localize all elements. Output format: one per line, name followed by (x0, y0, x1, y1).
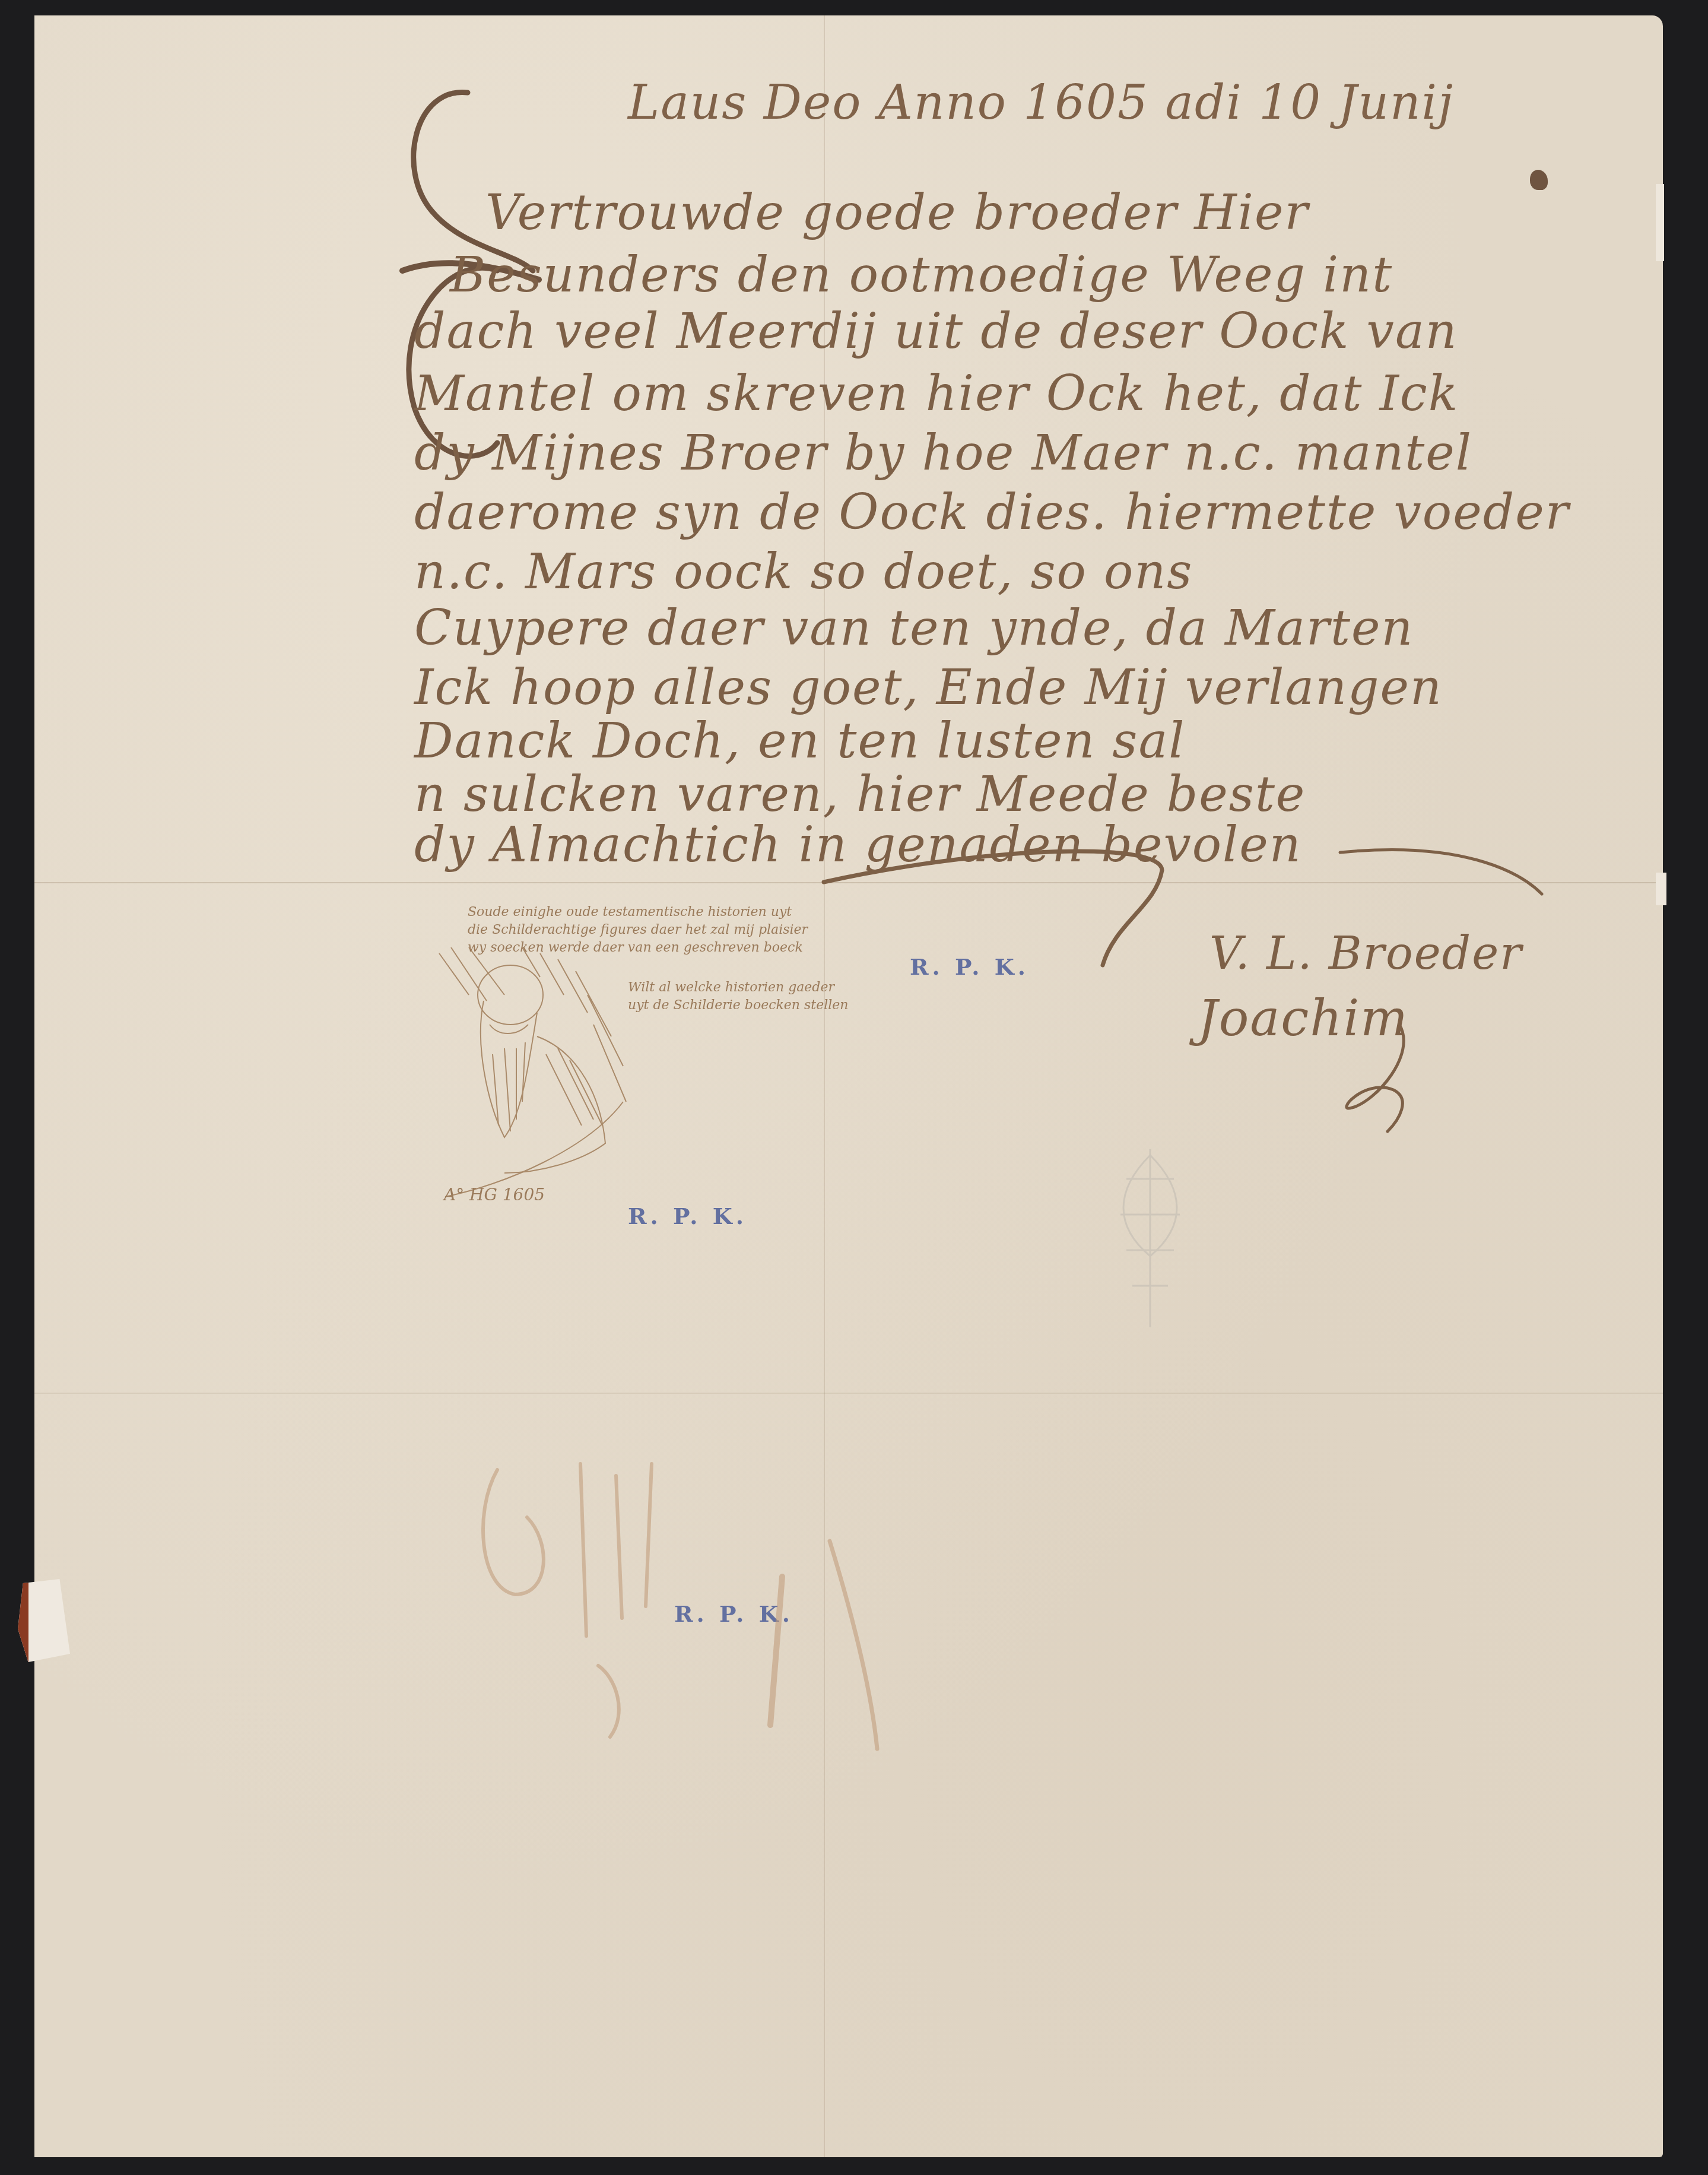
rpk-stamp: R. P. K. (628, 1203, 747, 1229)
body-line: n sulcken varen, hier Meede beste (414, 766, 1306, 823)
mounting-tab (1656, 873, 1666, 905)
body-line: daerome syn de Oock dies. hiermette voed… (414, 484, 1570, 541)
sketch-caption: A° HG 1605 (444, 1185, 545, 1204)
body-line: Cuypere daer van ten ynde, da Marten (414, 600, 1414, 657)
body-line: dach veel Meerdij uit de deser Oock van (414, 303, 1458, 360)
body-line: Vertrouwde goede broeder Hier (485, 185, 1309, 241)
annotation-line: Soude einighe oude testamentische histor… (468, 905, 792, 920)
mounting-tab (1656, 184, 1664, 261)
body-line: Ick hoop alles goet, Ende Mij verlangen (414, 660, 1443, 716)
signature-line-1: V. L. Broeder (1209, 927, 1523, 979)
ink-blot (1530, 170, 1548, 190)
bearded-man-sketch-icon (433, 947, 629, 1203)
watermark (1091, 1143, 1209, 1333)
body-line: dy Mijnes Broer by hoe Maer n.c. mantel (414, 425, 1472, 481)
body-line: Mantel om skreven hier Ock het, dat Ick (414, 366, 1459, 422)
letter-heading: Laus Deo Anno 1605 adi 10 Junij (628, 75, 1454, 130)
annotation-line: die Schilderachtige figures daer het zal… (468, 922, 808, 937)
body-line: Danck Doch, en ten lusten sal (414, 713, 1186, 769)
annotation-line: Wilt al welcke historien gaeder (628, 980, 834, 995)
body-line: n.c. Mars oock so doet, so ons (414, 544, 1193, 600)
body-line: Besunders den ootmoedige Weeg int (450, 247, 1393, 303)
bleed-through-ink (462, 1440, 996, 1808)
letter-page: Laus Deo Anno 1605 adi 10 Junij Vertrouw… (34, 15, 1663, 2157)
fold-line (34, 1393, 1663, 1394)
signature-flourish-icon (1328, 1019, 1447, 1137)
rpk-stamp: R. P. K. (910, 953, 1029, 980)
annotation-line: uyt de Schilderie boecken stellen (628, 998, 848, 1013)
